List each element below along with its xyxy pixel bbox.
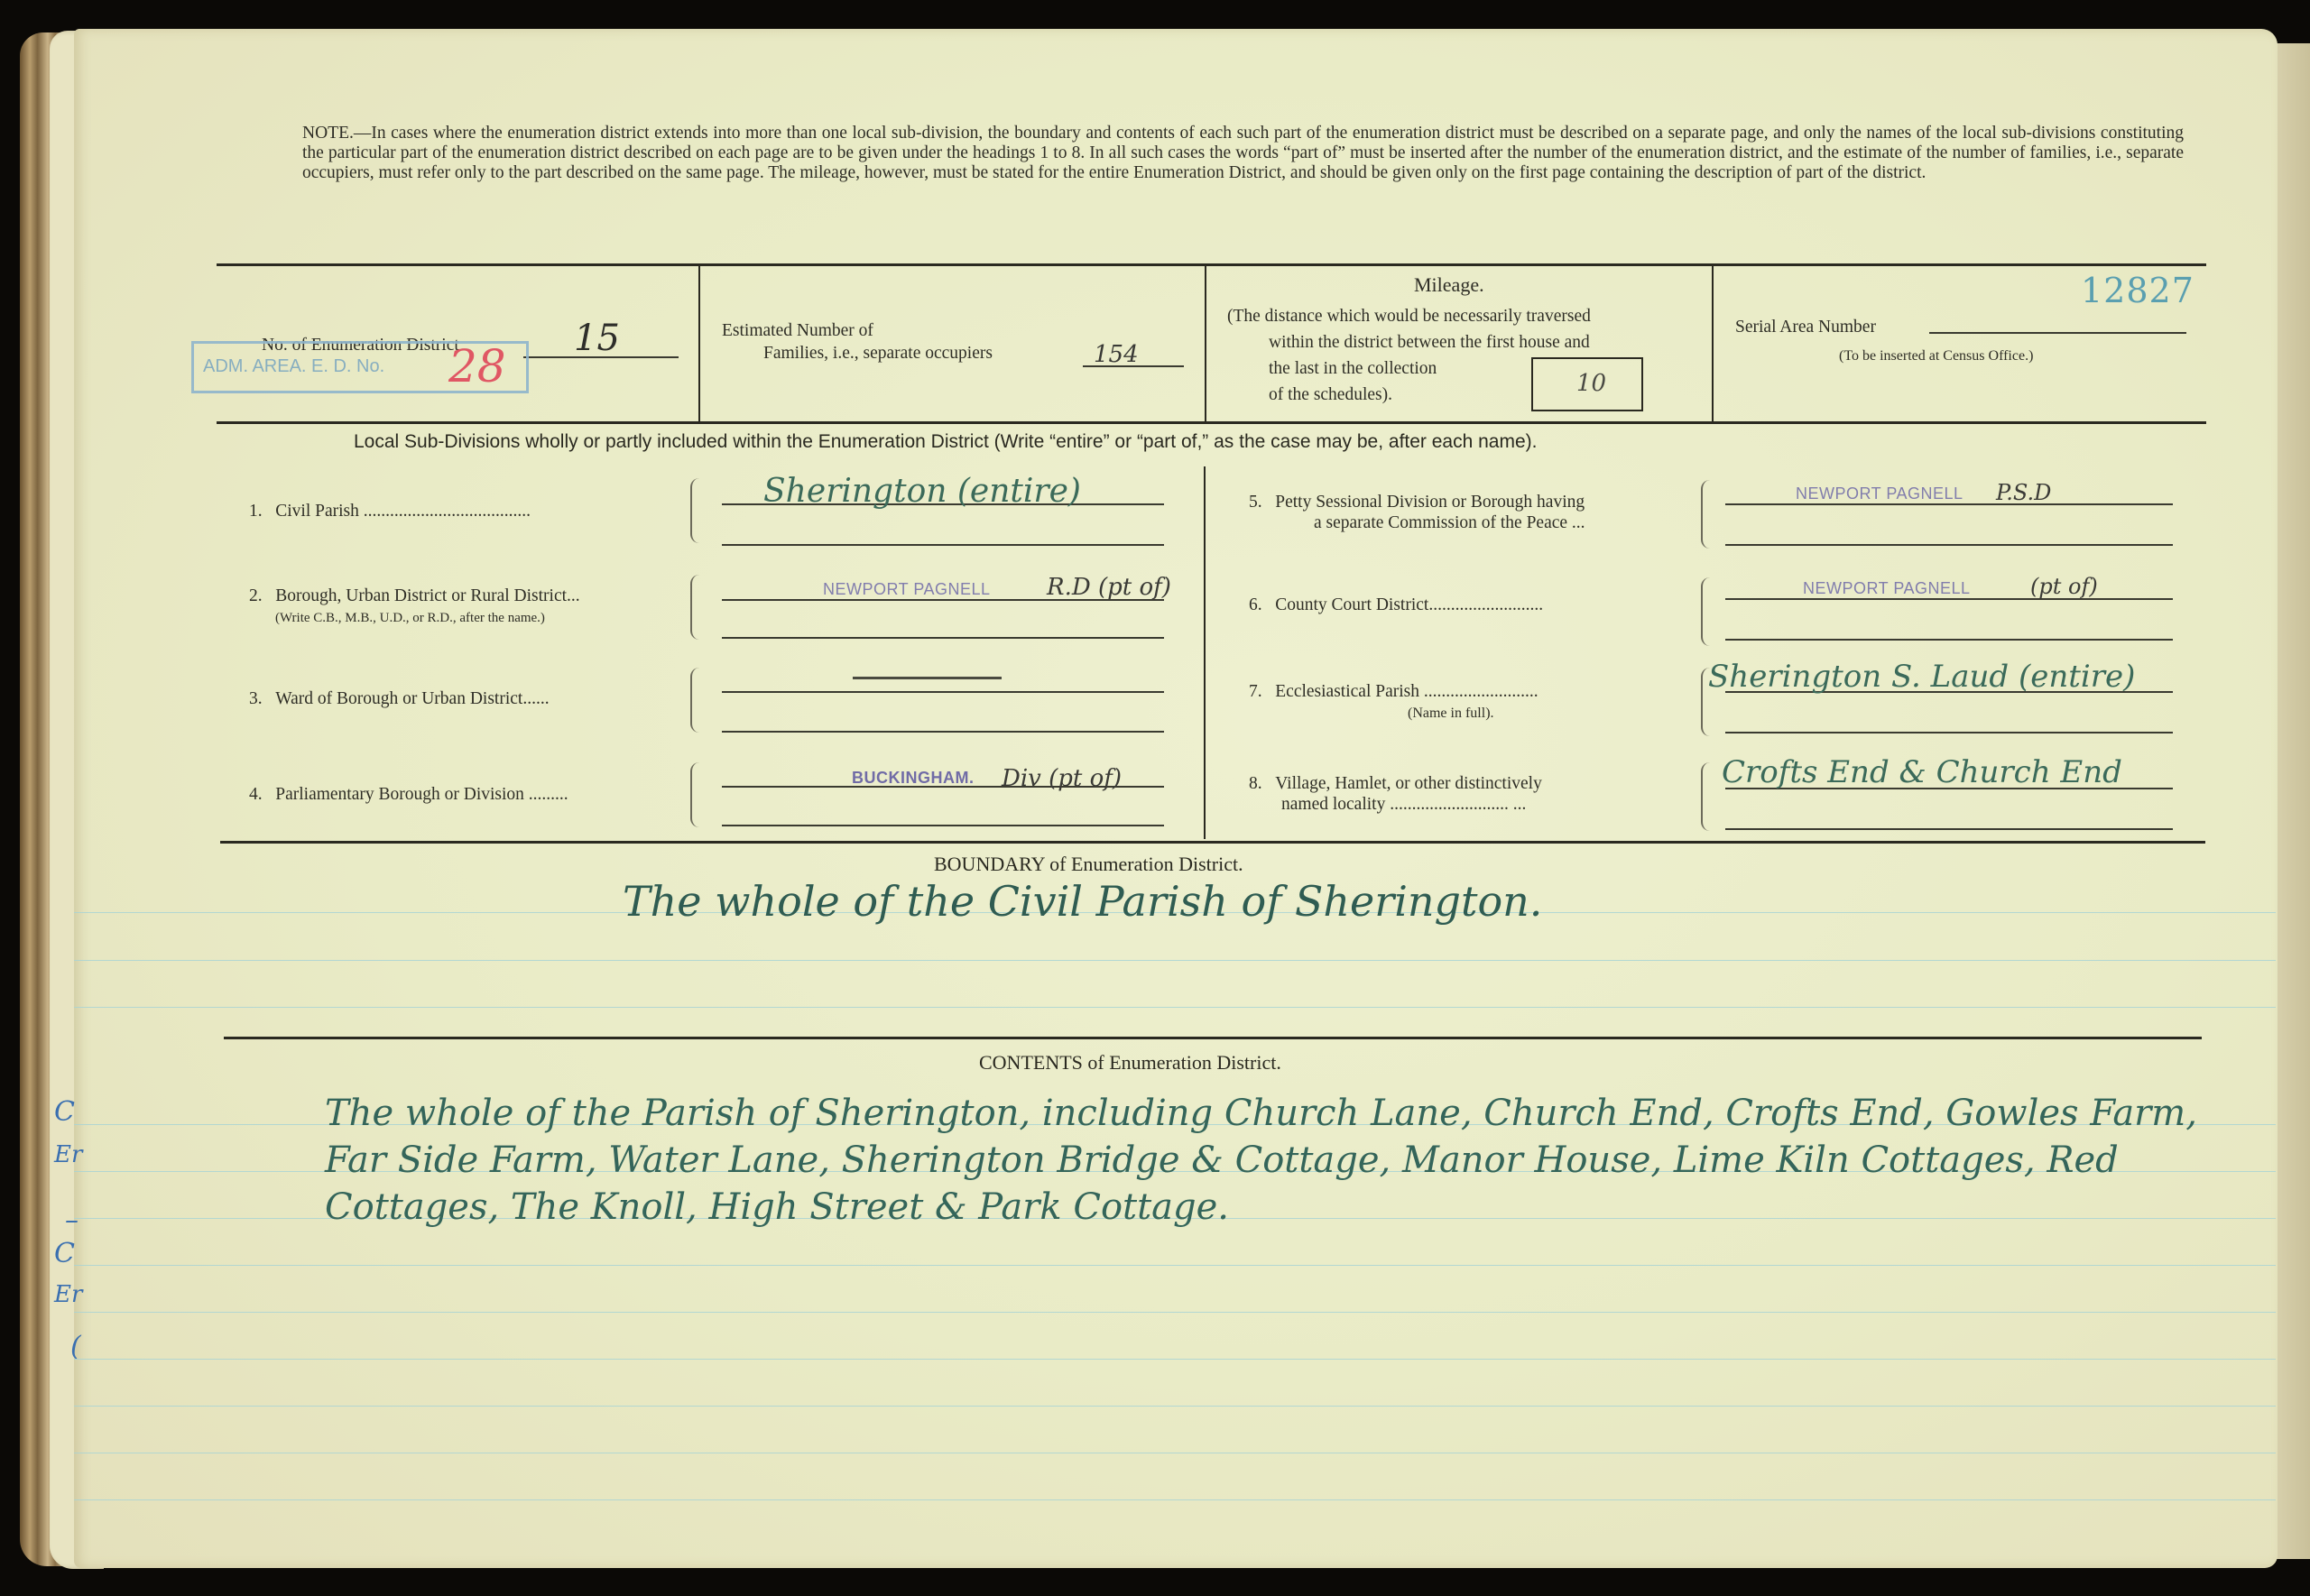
- instruction-note: NOTE.—In cases where the enumeration dis…: [217, 124, 2184, 183]
- ecclesiastical-parish-value: Sherington S. Laud (entire): [1708, 659, 2135, 695]
- next-page-edge: [2274, 43, 2310, 1559]
- ruled-line: [74, 1453, 2276, 1453]
- fill-line: [722, 825, 1164, 826]
- fill-line: [722, 731, 1164, 733]
- locality-value: Crofts End & Church End: [1722, 754, 2122, 790]
- side-page-fragment: C: [54, 1238, 75, 1269]
- item-8-label: 8. Village, Hamlet, or other distinctive…: [1249, 774, 1542, 794]
- item-5-sub: a separate Commission of the Peace ...: [1314, 513, 1585, 533]
- header-divider: [1712, 265, 1714, 421]
- boundary-heading: BOUNDARY of Enumeration District.: [934, 853, 1243, 876]
- fill-line: [1725, 732, 2173, 733]
- fill-line: [1725, 639, 2173, 641]
- mileage-box: 10: [1531, 357, 1643, 411]
- adm-area-stamp-label: ADM. AREA. E. D. No.: [203, 356, 384, 377]
- item-4-label: 4. Parliamentary Borough or Division ...…: [249, 785, 568, 805]
- ruled-line: [74, 1265, 2276, 1266]
- parliamentary-division-stamp: BUCKINGHAM.: [852, 769, 975, 788]
- brace: [1701, 480, 1712, 549]
- item-2-label: 2. Borough, Urban District or Rural Dist…: [249, 586, 580, 606]
- header-divider: [698, 265, 700, 421]
- ruled-line: [74, 1406, 2276, 1407]
- contents-heading: CONTENTS of Enumeration District.: [979, 1051, 1281, 1075]
- header-bottom-rule: [217, 421, 2206, 424]
- petty-sessional-stamp: NEWPORT PAGNELL: [1796, 484, 1963, 503]
- brace: [690, 478, 701, 543]
- fill-line: [722, 637, 1164, 639]
- side-page-fragment: (: [70, 1331, 81, 1362]
- parliamentary-division-value: Div (pt of): [1002, 765, 1122, 792]
- serial-fill-line: [1929, 332, 2186, 334]
- district-number: 15: [574, 318, 620, 359]
- item-7-label: 7. Ecclesiastical Parish ...............…: [1249, 682, 1538, 702]
- subdivisions-heading: Local Sub-Divisions wholly or partly inc…: [354, 431, 1538, 453]
- header-top-rule: [217, 263, 2206, 266]
- brace: [690, 762, 701, 827]
- mileage-title: Mileage.: [1414, 273, 1484, 297]
- ruled-line: [74, 1499, 2276, 1500]
- item-2-sub: (Write C.B., M.B., U.D., or R.D., after …: [275, 611, 545, 626]
- header-divider: [1205, 265, 1206, 421]
- mileage-desc: (The distance which would be necessarily…: [1227, 307, 1591, 327]
- mileage-desc: the last in the collection: [1269, 359, 1437, 379]
- contents-top-rule: [224, 1037, 2202, 1039]
- ruled-line: [74, 1312, 2276, 1313]
- ward-dash: [853, 677, 1002, 679]
- contents-description: The whole of the Parish of Sherington, i…: [325, 1090, 2265, 1231]
- subdivisions-bottom-rule: [220, 841, 2205, 844]
- fill-line: [722, 691, 1164, 693]
- brace: [690, 668, 701, 733]
- serial-area-label: Serial Area Number: [1735, 318, 1876, 337]
- brace: [690, 575, 701, 640]
- side-page-fragment: Er: [54, 1141, 82, 1168]
- county-court-value: (pt of): [2030, 574, 2098, 599]
- families-label-1: Estimated Number of: [722, 321, 873, 341]
- county-court-stamp: NEWPORT PAGNELL: [1803, 579, 1971, 598]
- adm-area-stamp: ADM. AREA. E. D. No. 28: [191, 341, 529, 393]
- rural-district-value: R.D (pt of): [1047, 574, 1171, 601]
- item-1-label: 1. Civil Parish ........................…: [249, 502, 531, 521]
- ruled-line: [74, 1007, 2276, 1008]
- subdivisions-divider: [1204, 466, 1206, 839]
- fill-line: [1725, 544, 2173, 546]
- item-8-sub: named locality .........................…: [1281, 795, 1526, 815]
- serial-number-stamp: 12827: [2081, 271, 2194, 310]
- item-3-label: 3. Ward of Borough or Urban District....…: [249, 689, 550, 709]
- fill-line: [1725, 828, 2173, 830]
- fill-line: [722, 544, 1164, 546]
- mileage-desc: of the schedules).: [1269, 385, 1392, 405]
- brace: [1701, 577, 1712, 646]
- boundary-description: The whole of the Civil Parish of Shering…: [623, 877, 1542, 926]
- side-page-fragment: Er: [54, 1281, 82, 1308]
- adm-area-number: 28: [448, 340, 506, 392]
- side-page-fragment: –: [65, 1204, 79, 1236]
- fill-line: [1725, 503, 2173, 505]
- petty-sessional-value: P.S.D: [1996, 480, 2051, 505]
- serial-area-note: (To be inserted at Census Office.): [1839, 348, 2033, 364]
- ruled-line: [74, 960, 2276, 961]
- families-label-2: Families, i.e., separate occupiers: [763, 344, 993, 364]
- ruled-line: [74, 1359, 2276, 1360]
- note-text: NOTE.—In cases where the enumeration dis…: [217, 124, 2184, 183]
- mileage-value: 10: [1576, 370, 1606, 397]
- item-6-label: 6. County Court District................…: [1249, 595, 1543, 615]
- civil-parish-value: Sherington (entire): [763, 473, 1081, 510]
- item-7-sub: (Name in full).: [1408, 706, 1494, 722]
- fill-line: [1725, 598, 2173, 600]
- families-number: 154: [1094, 341, 1139, 368]
- item-5-label: 5. Petty Sessional Division or Borough h…: [1249, 493, 1585, 512]
- brace: [1701, 762, 1712, 831]
- mileage-desc: within the district between the first ho…: [1269, 333, 1590, 353]
- rural-district-stamp: NEWPORT PAGNELL: [823, 580, 991, 599]
- side-page-fragment: C: [54, 1096, 75, 1128]
